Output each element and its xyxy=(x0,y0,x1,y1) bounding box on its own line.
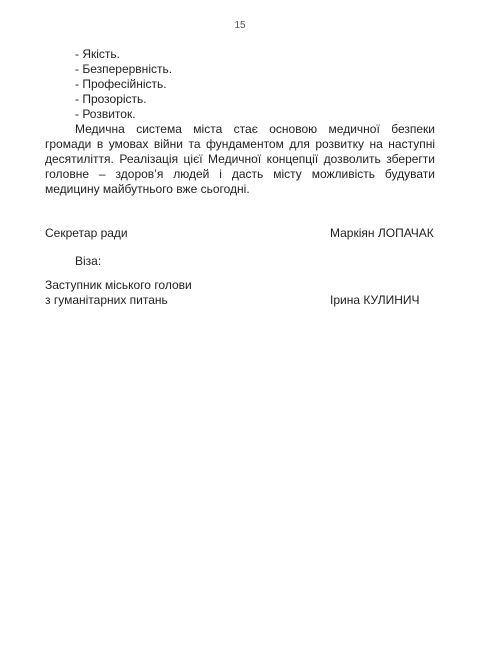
document-page: 15 - Якість. - Безперервність. - Професі… xyxy=(0,0,480,666)
body-paragraph: Медична система міста стає основою медич… xyxy=(45,122,435,197)
signature-row-secretary: Секретар ради Маркіян ЛОПАЧАК xyxy=(45,226,435,241)
visa-label: Віза: xyxy=(45,254,435,269)
document-content: - Якість. - Безперервність. - Професійні… xyxy=(45,47,435,308)
values-list: - Якість. - Безперервність. - Професійні… xyxy=(45,47,435,122)
secretary-title: Секретар ради xyxy=(45,226,128,240)
list-item: - Безперервність. xyxy=(45,62,435,77)
deputy-title-line1: Заступник міського голови xyxy=(45,278,435,293)
list-item: - Розвиток. xyxy=(45,107,435,122)
secretary-name: Маркіян ЛОПАЧАК xyxy=(330,226,434,241)
list-item: - Професійність. xyxy=(45,77,435,92)
signature-row-deputy: Заступник міського голови з гуманітарних… xyxy=(45,278,435,308)
deputy-name: Ірина КУЛИНИЧ xyxy=(330,293,419,308)
list-item: - Якість. xyxy=(45,47,435,62)
page-number: 15 xyxy=(45,20,435,32)
list-item: - Прозорість. xyxy=(45,92,435,107)
